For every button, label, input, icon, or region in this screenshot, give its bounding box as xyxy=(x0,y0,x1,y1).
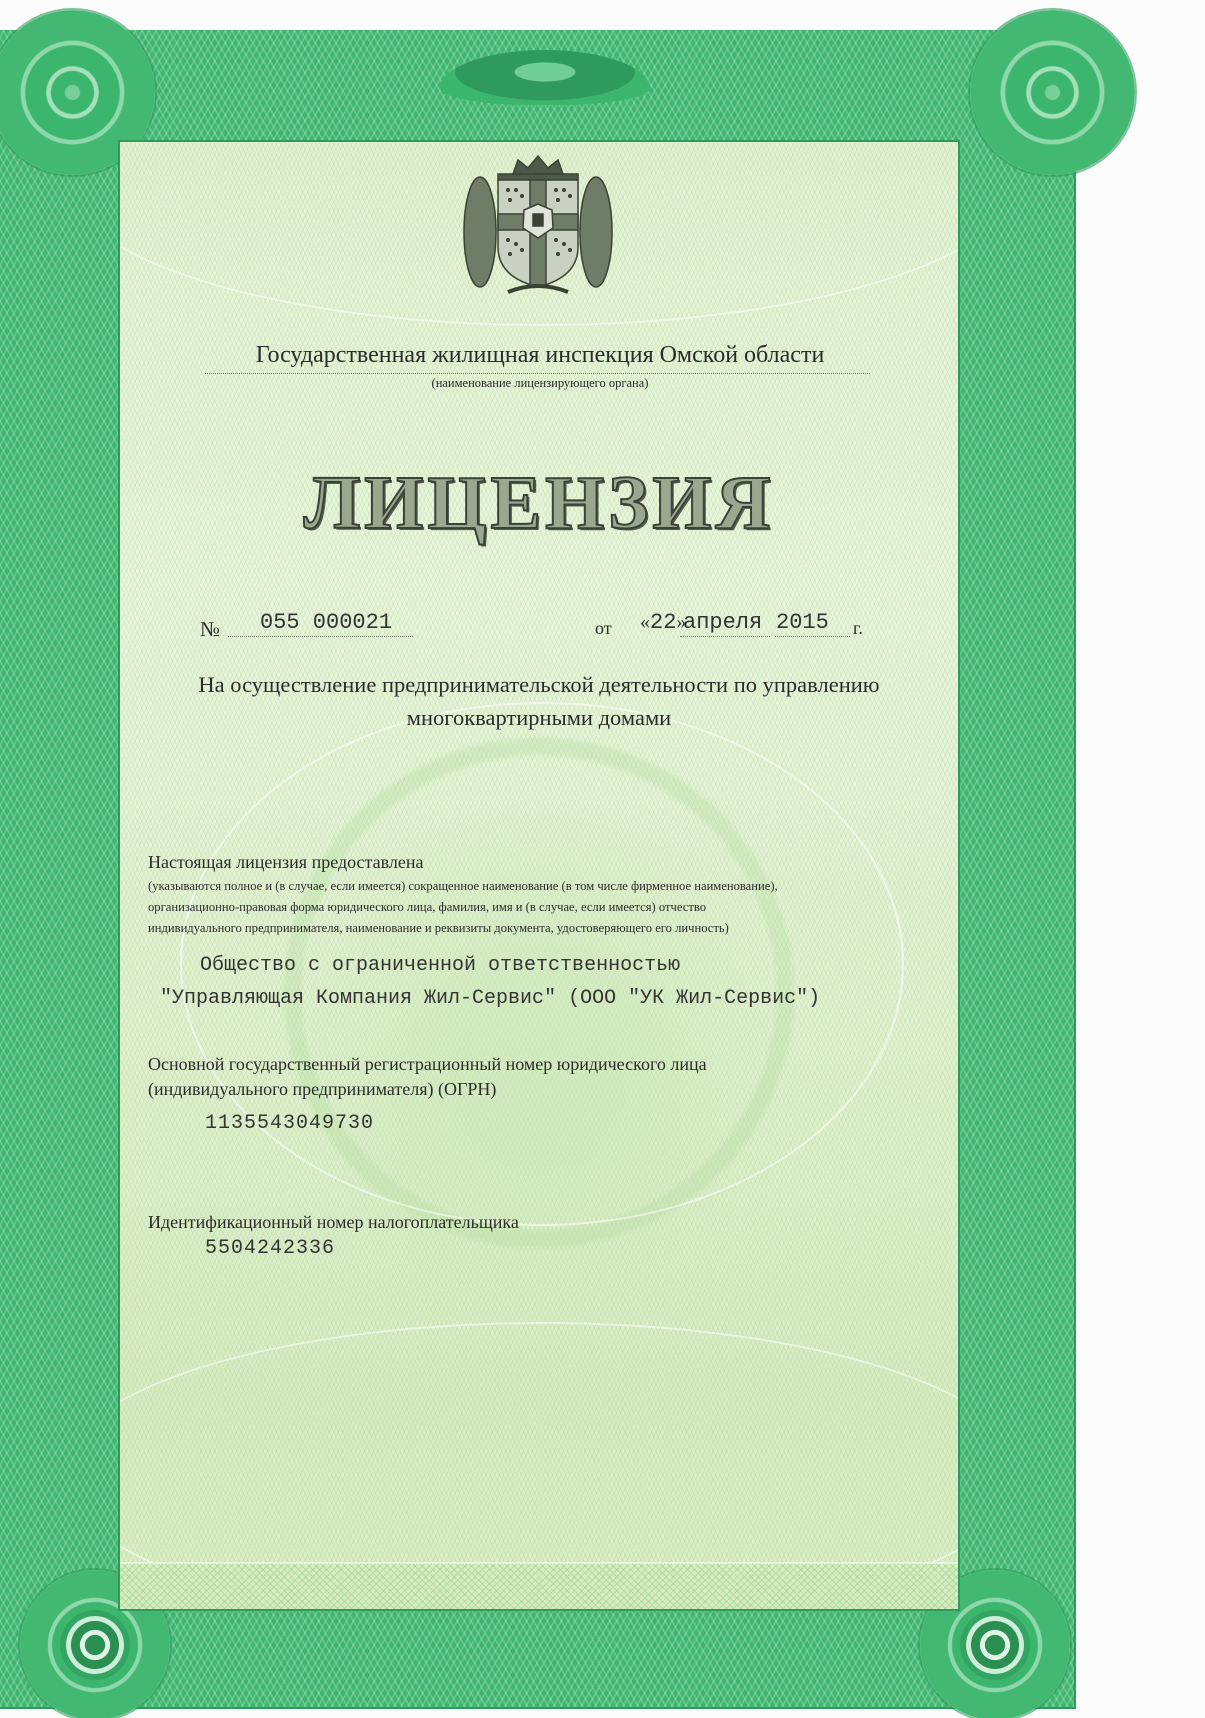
license-holder-line: Общество с ограниченной ответственностью xyxy=(200,954,680,977)
ogrn-label-line: (индивидуального предпринимателя) (ОГРН) xyxy=(148,1079,496,1100)
number-sign: № xyxy=(200,617,220,642)
divider xyxy=(775,636,850,637)
date-prefix: от xyxy=(595,618,612,639)
granted-to-hint-line: организационно-правовая форма юридическо… xyxy=(148,900,706,915)
top-scroll-ornament-icon xyxy=(440,50,650,105)
activity-line-1: На осуществление предпринимательской дея… xyxy=(120,672,958,698)
flower-ornament-icon xyxy=(960,1610,1030,1680)
ogrn-label-line: Основной государственный регистрационный… xyxy=(148,1054,707,1075)
divider xyxy=(205,373,870,374)
granted-to-hint-line: индивидуального предпринимателя, наимено… xyxy=(148,921,729,936)
license-holder-line: "Управляющая Компания Жил-Сервис" (ООО "… xyxy=(160,987,820,1010)
flower-ornament-icon xyxy=(60,1610,130,1680)
day-value: 22 xyxy=(650,610,676,635)
ogrn-value: 1135543049730 xyxy=(205,1112,374,1135)
granted-to-label: Настоящая лицензия предоставлена xyxy=(148,852,423,873)
date-day: «22» xyxy=(640,610,686,635)
guilloche-rosette-icon xyxy=(970,10,1135,175)
certificate-field: Государственная жилищная инспекция Омско… xyxy=(118,140,960,1611)
license-number: 055 000021 xyxy=(260,610,392,635)
granted-to-hint-line: (указываются полное и (в случае, если им… xyxy=(148,879,778,894)
certificate-border: Государственная жилищная инспекция Омско… xyxy=(0,30,1076,1709)
date-year: 2015 xyxy=(776,610,829,635)
divider xyxy=(680,636,770,637)
open-quote: « xyxy=(640,611,650,633)
activity-line-2: многоквартирными домами xyxy=(120,705,958,731)
decorative-fringe xyxy=(120,1562,958,1611)
inn-label: Идентификационный номер налогоплательщик… xyxy=(148,1212,519,1233)
licensing-authority-hint: (наименование лицензирующего органа) xyxy=(230,376,850,391)
date-month: апреля xyxy=(683,610,762,635)
document-title: ЛИЦЕНЗИЯ xyxy=(120,460,958,547)
inn-value: 5504242336 xyxy=(205,1237,335,1260)
omsk-oblast-coat-of-arms-icon xyxy=(458,152,618,302)
licensing-authority: Государственная жилищная инспекция Омско… xyxy=(230,342,850,369)
divider xyxy=(228,636,413,637)
date-suffix: г. xyxy=(853,618,863,639)
